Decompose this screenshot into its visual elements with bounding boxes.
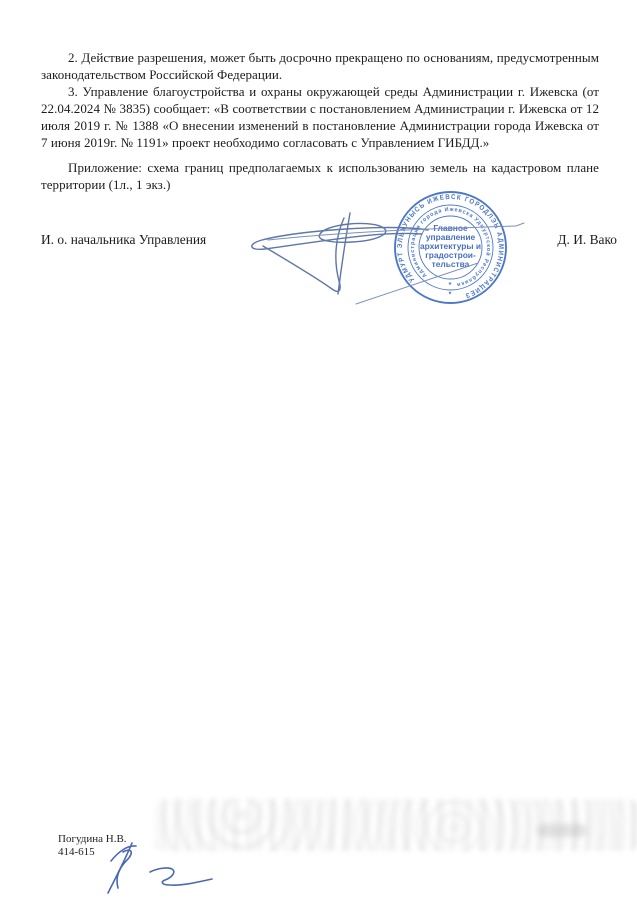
stamp-separator-star-inner: * [449, 282, 452, 289]
paragraph-3: 3. Управление благоустройства и охраны о… [41, 83, 599, 151]
signature-row: И. о. начальника Управления Д. И. Вако [41, 232, 617, 248]
signatory-position-title: И. о. начальника Управления [41, 232, 206, 248]
stamp-separator-star-outer: * [449, 292, 452, 299]
stamp-center-line-5: тельства [432, 259, 470, 269]
executor-block: Погудина Н.В. 414-615 [58, 833, 127, 858]
signatory-name: Д. И. Вако [557, 232, 617, 248]
attachment-line: Приложение: схема границ предполагаемых … [41, 159, 599, 193]
footer-signature-2 [150, 868, 212, 885]
paragraph-2: 2. Действие разрешения, может быть досро… [41, 49, 599, 83]
document-body: 2. Действие разрешения, может быть досро… [41, 49, 599, 193]
executor-phone: 414-615 [58, 846, 127, 859]
executor-name: Погудина Н.В. [58, 833, 127, 846]
scan-artifact-smudge [537, 824, 587, 837]
official-round-stamp: УДМУРТ ЭЛЬКУНЫСЬ ИЖЕВСК ГОРОДЛЭН АДМИНИС… [392, 189, 509, 306]
scanned-letter-page: 2. Действие разрешения, может быть досро… [0, 0, 637, 900]
